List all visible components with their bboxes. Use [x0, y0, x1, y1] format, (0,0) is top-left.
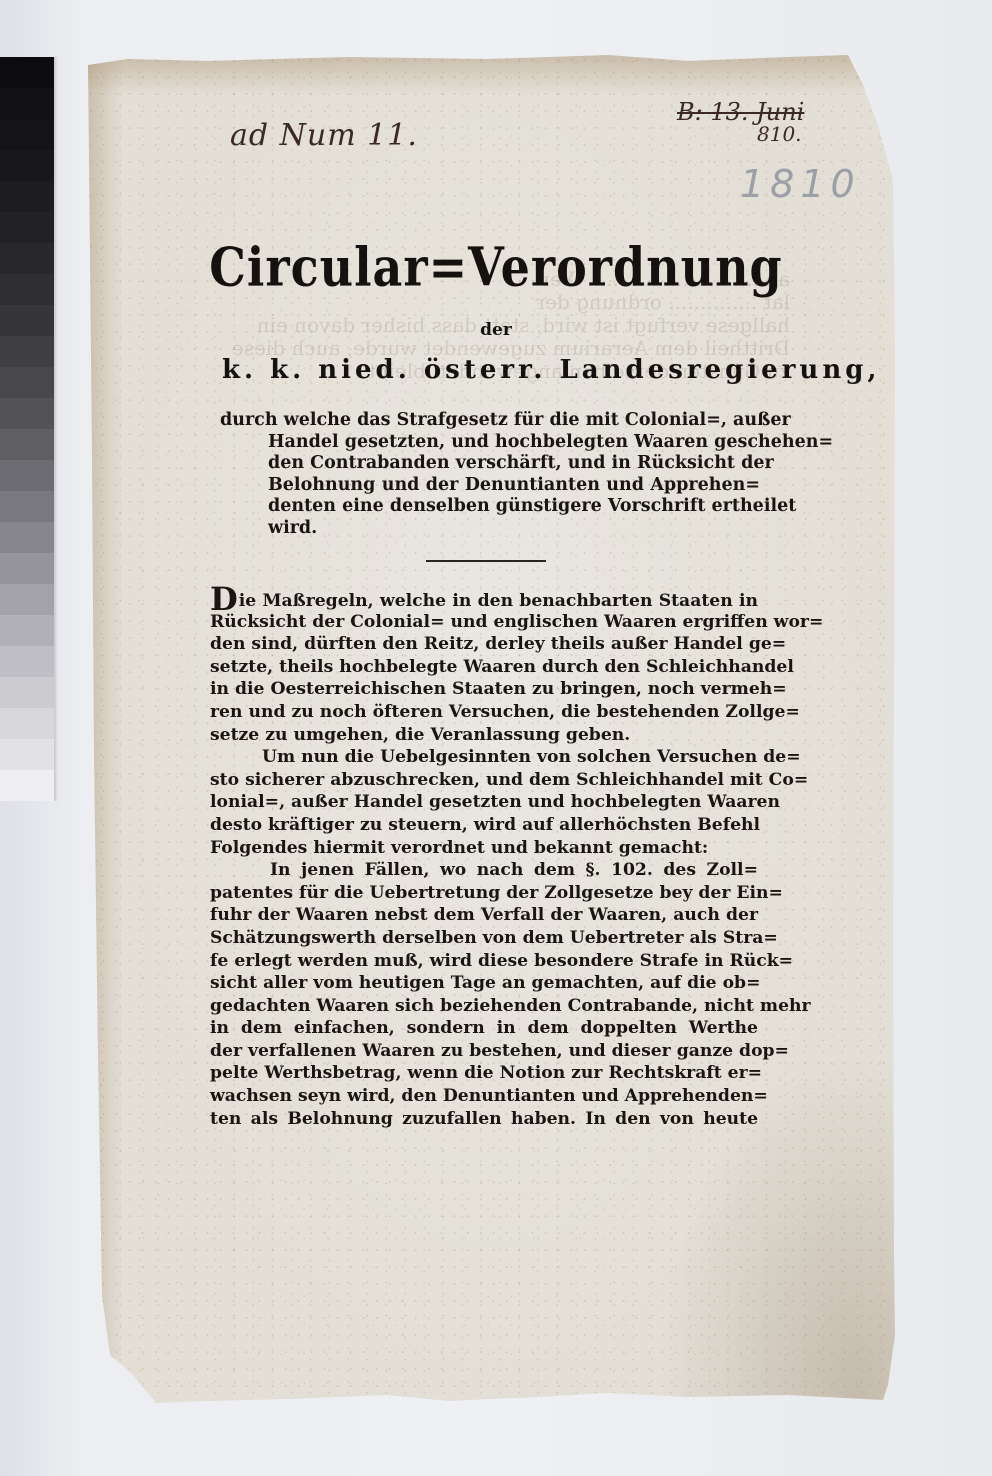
document-body: Die Maßregeln, welche in den benachbarte… [210, 588, 758, 1130]
greyscale-step [0, 553, 54, 584]
greyscale-step [0, 770, 54, 801]
subject-line: den Contrabanden verschärft, und in Rück… [268, 453, 760, 475]
pencil-year-annotation: 1810 [740, 162, 861, 206]
body-line: ren und zu noch öfteren Versuchen, die b… [210, 701, 758, 724]
greyscale-step [0, 429, 54, 460]
greyscale-step [0, 522, 54, 553]
greyscale-step [0, 460, 54, 491]
greyscale-step [0, 708, 54, 739]
body-line: desto kräftiger zu steuern, wird auf all… [210, 814, 758, 837]
subject-line: wird. [268, 518, 760, 540]
greyscale-step [0, 739, 54, 770]
body-line: lonial=, außer Handel gesetzten und hoch… [210, 791, 758, 814]
body-line: den sind, dürften den Reitz, derley thei… [210, 633, 758, 656]
body-line: in die Oesterreichischen Staaten zu brin… [210, 678, 758, 701]
greyscale-calibration-strip [0, 57, 54, 801]
body-line: In jenen Fällen, wo nach dem §. 102. des… [210, 859, 758, 882]
section-divider [426, 560, 546, 562]
greyscale-step [0, 491, 54, 522]
body-line: ten als Belohnung zuzufallen haben. In d… [210, 1108, 758, 1131]
subject-line: denten eine denselben günstigere Vorschr… [268, 496, 760, 518]
body-line: in dem einfachen, sondern in dem doppelt… [210, 1017, 758, 1040]
body-line: Um nun die Uebelgesinnten von solchen Ve… [210, 746, 758, 769]
subject-continuation: Handel gesetzten, und hochbelegten Waare… [220, 432, 760, 540]
paragraph-2: Um nun die Uebelgesinnten von solchen Ve… [210, 746, 758, 859]
body-line: sto sicherer abzuschrecken, und dem Schl… [210, 769, 758, 792]
body-line: Folgendes hiermit verordnet und bekannt … [210, 837, 758, 860]
body-line: setze zu umgehen, die Veranlassung geben… [210, 724, 758, 747]
body-line: fuhr der Waaren nebst dem Verfall der Wa… [210, 904, 758, 927]
subject-line: Handel gesetzten, und hochbelegten Waare… [268, 432, 760, 454]
title-connector: der [0, 320, 992, 340]
body-line: patentes für die Uebertretung der Zollge… [210, 882, 758, 905]
body-line: fe erlegt werden muß, wird diese besonde… [210, 950, 758, 973]
greyscale-step [0, 398, 54, 429]
body-line: pelte Werthsbetrag, wenn die Notion zur … [210, 1062, 758, 1085]
subject-line: Belohnung und der Denuntianten und Appre… [268, 475, 760, 497]
body-line: Schätzungswerth derselben von dem Uebert… [210, 927, 758, 950]
greyscale-step [0, 181, 54, 212]
document-title: Circular=Verordnung [0, 236, 992, 298]
greyscale-step [0, 88, 54, 119]
body-line: gedachten Waaren sich beziehenden Contra… [210, 995, 758, 1018]
greyscale-step [0, 119, 54, 150]
handwritten-reference-note: ad Num 11. [230, 118, 418, 153]
subject-first-line: durch welche das Strafgesetz für die mit… [220, 410, 760, 432]
body-line: sicht aller vom heutigen Tage an gemacht… [210, 972, 758, 995]
greyscale-step [0, 57, 54, 88]
greyscale-step [0, 150, 54, 181]
body-line: Die Maßregeln, welche in den benachbarte… [210, 588, 758, 611]
paragraph-3: In jenen Fällen, wo nach dem §. 102. des… [210, 859, 758, 1130]
body-line: wachsen seyn wird, den Denuntianten und … [210, 1085, 758, 1108]
greyscale-step [0, 646, 54, 677]
issuing-authority: k. k. nied. österr. Landesregierung, [222, 355, 762, 385]
greyscale-step [0, 615, 54, 646]
body-line: setzte, theils hochbelegte Waaren durch … [210, 656, 758, 679]
greyscale-step [0, 584, 54, 615]
subject-heading: durch welche das Strafgesetz für die mit… [220, 410, 760, 540]
greyscale-step [0, 336, 54, 367]
body-line: Rücksicht der Colonial= und englischen W… [210, 611, 758, 634]
paragraph-1: Die Maßregeln, welche in den benachbarte… [210, 588, 758, 746]
greyscale-strip-shadow [54, 57, 58, 801]
handwritten-receipt-note: B: 13. Juni 810. [677, 98, 804, 146]
greyscale-step [0, 677, 54, 708]
body-line: der verfallenen Waaren zu bestehen, und … [210, 1040, 758, 1063]
greyscale-step [0, 367, 54, 398]
